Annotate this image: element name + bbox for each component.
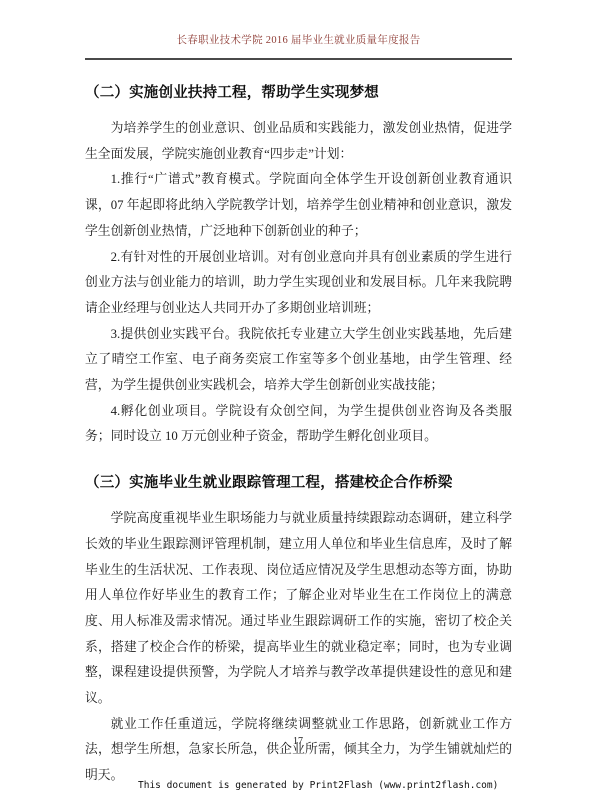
body-paragraph: 1.推行“广谱式”教育模式。学院面向全体学生开设创新创业教育通识课，07 年起即… <box>85 167 512 244</box>
document-page: 长春职业技术学院 2016 届毕业生就业质量年度报告 （二）实施创业扶持工程，帮… <box>0 0 596 809</box>
running-header-text: 长春职业技术学院 2016 届毕业生就业质量年度报告 <box>176 35 420 46</box>
body-paragraph: 3.提供创业实践平台。我院依托专业建立大学生创业实践基地，先后建立了晴空工作室、… <box>85 322 512 399</box>
page-number: 17 <box>0 736 596 747</box>
document-body: （二）实施创业扶持工程，帮助学生实现梦想 为培养学生的创业意识、创业品质和实践能… <box>0 81 596 789</box>
body-paragraph: 学院高度重视毕业生职场能力与就业质量持续跟踪动态调研，建立科学长效的毕业生跟踪测… <box>85 506 512 712</box>
generator-footer-text: This document is generated by Print2Flas… <box>138 780 498 791</box>
body-paragraph: 就业工作任重道远，学院将继续调整就业工作思路，创新就业工作方法，想学生所想，急家… <box>85 712 512 789</box>
section-heading-2: （二）实施创业扶持工程，帮助学生实现梦想 <box>85 81 512 102</box>
running-header: 长春职业技术学院 2016 届毕业生就业质量年度报告 <box>85 0 512 48</box>
header-divider <box>85 58 512 60</box>
section-heading-3: （三）实施毕业生就业跟踪管理工程，搭建校企合作桥梁 <box>85 471 512 492</box>
body-paragraph: 4.孵化创业项目。学院设有众创空间，为学生提供创业咨询及各类服务；同时设立 10… <box>85 399 512 450</box>
body-paragraph: 2.有针对性的开展创业培训。对有创业意向并具有创业素质的学生进行创业方法与创业能… <box>85 245 512 322</box>
body-paragraph: 为培养学生的创业意识、创业品质和实践能力，激发创业热情，促进学生全面发展，学院实… <box>85 116 512 167</box>
